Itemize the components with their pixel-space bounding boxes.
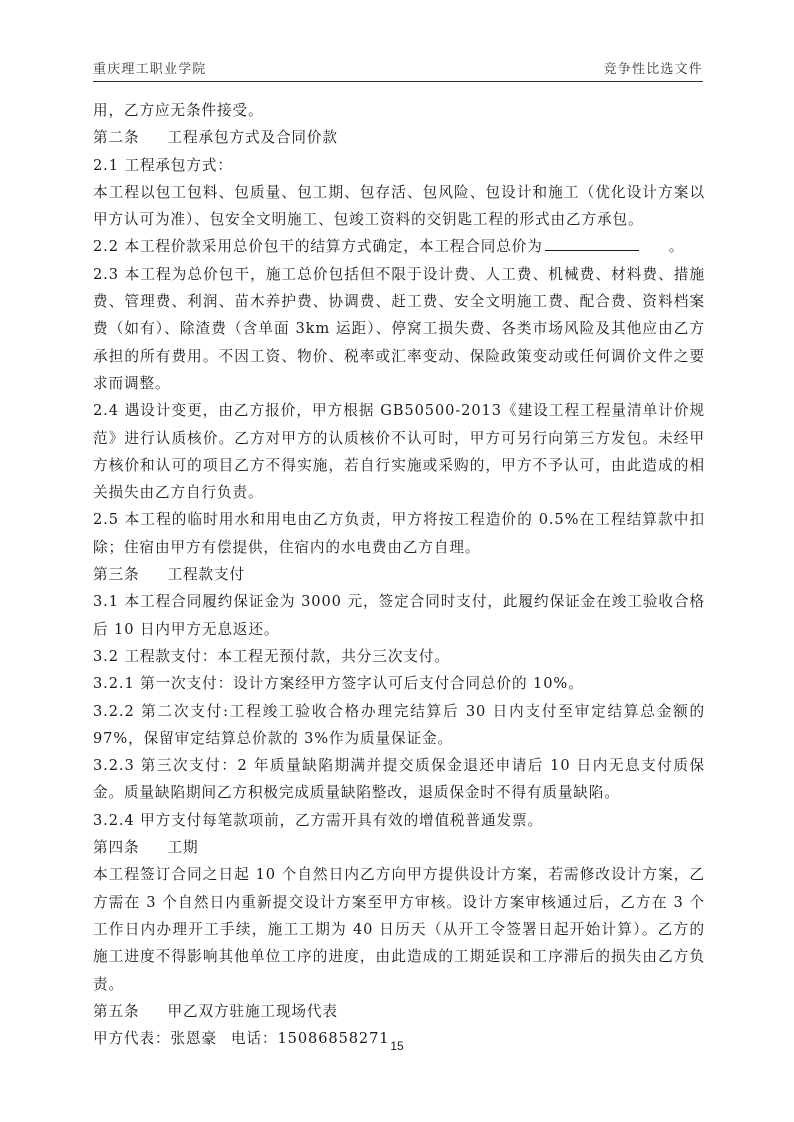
page-number: 15 — [0, 1039, 794, 1053]
clause-2-4: 2.4 遇设计变更，由乙方报价，甲方根据 GB50500-2013《建设工程工程… — [93, 397, 705, 506]
article-3-title: 工程款支付 — [167, 566, 244, 583]
header-institution: 重庆理工职业学院 — [93, 58, 207, 77]
clause-3-2: 3.2 工程款支付：本工程无预付款，共分三次支付。 — [93, 643, 705, 670]
header-document-type: 竞争性比选文件 — [604, 58, 703, 77]
clause-3-2-4: 3.2.4 甲方支付每笔款项前，乙方需开具有效的增值税普通发票。 — [93, 807, 705, 834]
article-2-number: 第二条 — [93, 129, 139, 146]
clause-2-2-end: 。 — [669, 238, 685, 255]
clause-2-1-title: 2.1 工程承包方式： — [93, 152, 705, 179]
article-4-title: 工期 — [167, 839, 198, 856]
article-3-heading: 第三条工程款支付 — [93, 561, 705, 588]
document-body: 用，乙方应无条件接受。 第二条工程承包方式及合同价款 2.1 工程承包方式： 本… — [93, 97, 705, 1052]
clause-3-2-3: 3.2.3 第三次支付：2 年质量缺陷期满并提交质保金退还申请后 10 日内无息… — [93, 752, 705, 807]
article-4-heading: 第四条工期 — [93, 834, 705, 861]
article-2-heading: 第二条工程承包方式及合同价款 — [93, 124, 705, 151]
clause-2-3: 2.3 本工程为总价包干，施工总价包括但不限于设计费、人工费、机械费、材料费、措… — [93, 261, 705, 397]
article-5-number: 第五条 — [93, 1003, 139, 1020]
clause-2-5: 2.5 本工程的临时用水和用电由乙方负责，甲方将按工程造价的 0.5%在工程结算… — [93, 506, 705, 561]
article-5-title: 甲乙双方驻施工现场代表 — [167, 1003, 337, 1020]
clause-2-2-text: 2.2 本工程价款采用总价包干的结算方式确定，本工程合同总价为 — [93, 238, 543, 255]
clause-3-1: 3.1 本工程合同履约保证金为 3000 元，签定合同时支付，此履约保证金在竣工… — [93, 588, 705, 643]
article-3-number: 第三条 — [93, 566, 139, 583]
clause-2-2: 2.2 本工程价款采用总价包干的结算方式确定，本工程合同总价为。 — [93, 233, 705, 260]
article-4-number: 第四条 — [93, 839, 139, 856]
page-header: 重庆理工职业学院 竞争性比选文件 — [93, 58, 703, 82]
article-2-title: 工程承包方式及合同价款 — [167, 129, 337, 146]
contract-price-blank — [545, 233, 639, 251]
paragraph-continuation: 用，乙方应无条件接受。 — [93, 97, 705, 124]
article-5-heading: 第五条甲乙双方驻施工现场代表 — [93, 998, 705, 1025]
clause-3-2-1: 3.2.1 第一次支付：设计方案经甲方签字认可后支付合同总价的 10%。 — [93, 670, 705, 697]
article-4-body: 本工程签订合同之日起 10 个自然日内乙方向甲方提供设计方案，若需修改设计方案，… — [93, 861, 705, 997]
clause-3-2-2: 3.2.2 第二次支付:工程竣工验收合格办理完结算后 30 日内支付至审定结算总… — [93, 698, 705, 753]
clause-2-1-body: 本工程以包工包料、包质量、包工期、包存活、包风险、包设计和施工（优化设计方案以甲… — [93, 179, 705, 234]
